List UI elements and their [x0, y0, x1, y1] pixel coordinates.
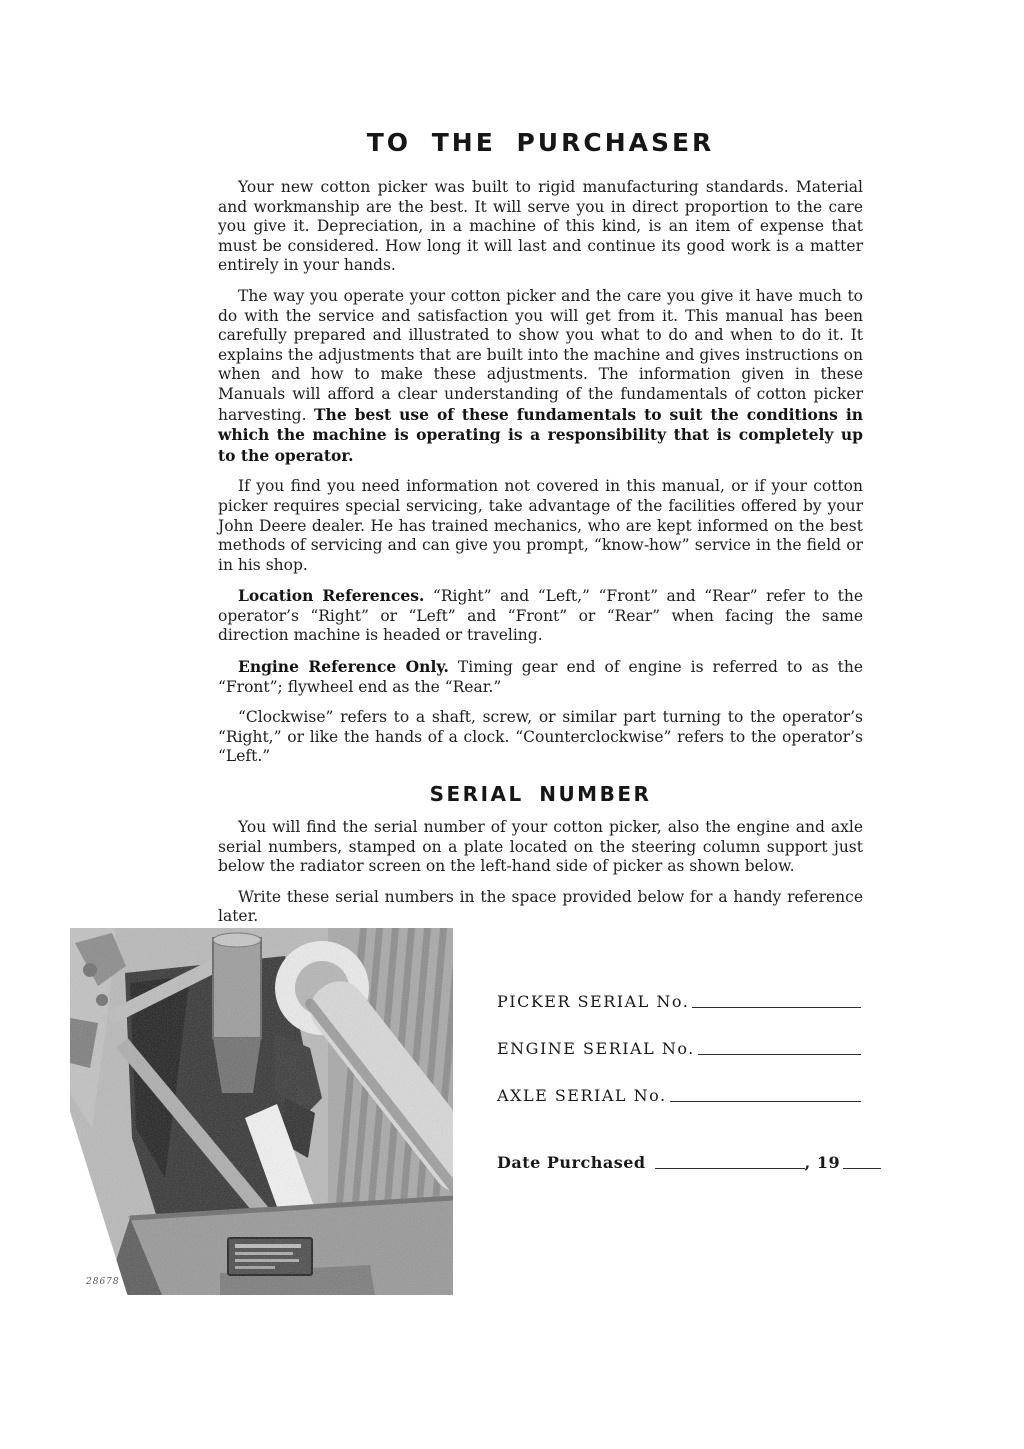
paragraph-text: You will find the serial number of your … [218, 818, 863, 875]
serial-form: PICKER SERIAL No. ENGINE SERIAL No. AXLE… [497, 992, 861, 1192]
paragraph-bold-text: The best use of these fundamentals to su… [218, 405, 863, 465]
paragraph-lead-in: Engine Reference Only. [238, 657, 449, 676]
axle-serial-label: AXLE SERIAL No. [497, 1086, 667, 1105]
to-the-purchaser-section: TO THE PURCHASER Your new cotton picker … [218, 128, 863, 938]
intro-paragraph-1: Your new cotton picker was built to rigi… [218, 178, 863, 276]
date-purchased-label: Date Purchased [497, 1153, 652, 1172]
paragraph-text: “Clockwise” refers to a shaft, screw, or… [218, 708, 863, 765]
paragraph-lead-in: Location References. [238, 586, 424, 605]
machine-photo [70, 928, 453, 1295]
serial-paragraph-2: Write these serial numbers in the space … [218, 888, 863, 927]
axle-serial-blank [670, 1100, 861, 1102]
rotation-reference-paragraph: “Clockwise” refers to a shaft, screw, or… [218, 708, 863, 767]
engine-serial-row: ENGINE SERIAL No. [497, 1039, 861, 1058]
paragraph-text: If you find you need information not cov… [218, 477, 863, 573]
paragraph-text: The way you operate your cotton picker a… [218, 287, 863, 424]
picker-serial-blank [692, 1006, 861, 1008]
engine-serial-label: ENGINE SERIAL No. [497, 1039, 695, 1058]
page-title: TO THE PURCHASER [218, 128, 863, 157]
serial-number-heading: SERIAL NUMBER [218, 782, 863, 806]
document-page: TO THE PURCHASER Your new cotton picker … [0, 0, 1024, 1449]
engine-reference-paragraph: Engine Reference Only. Timing gear end o… [218, 657, 863, 697]
axle-serial-row: AXLE SERIAL No. [497, 1086, 861, 1105]
picker-serial-label: PICKER SERIAL No. [497, 992, 689, 1011]
intro-paragraph-2: The way you operate your cotton picker a… [218, 287, 863, 466]
date-purchased-row: Date Purchased , 19 [497, 1153, 861, 1172]
paragraph-text: Your new cotton picker was built to rigi… [218, 178, 863, 274]
picker-serial-row: PICKER SERIAL No. [497, 992, 861, 1011]
serial-paragraph-1: You will find the serial number of your … [218, 818, 863, 877]
intro-paragraph-3: If you find you need information not cov… [218, 477, 863, 575]
figure-number: 28678 [86, 1277, 120, 1287]
date-year-prefix: , 19 [805, 1153, 840, 1172]
engine-serial-blank [698, 1053, 861, 1055]
paragraph-text: Write these serial numbers in the space … [218, 888, 863, 926]
date-year-blank [843, 1167, 881, 1169]
date-purchased-blank [655, 1167, 805, 1169]
location-references-paragraph: Location References. “Right” and “Left,”… [218, 586, 863, 646]
machine-photo-illustration [70, 928, 453, 1295]
